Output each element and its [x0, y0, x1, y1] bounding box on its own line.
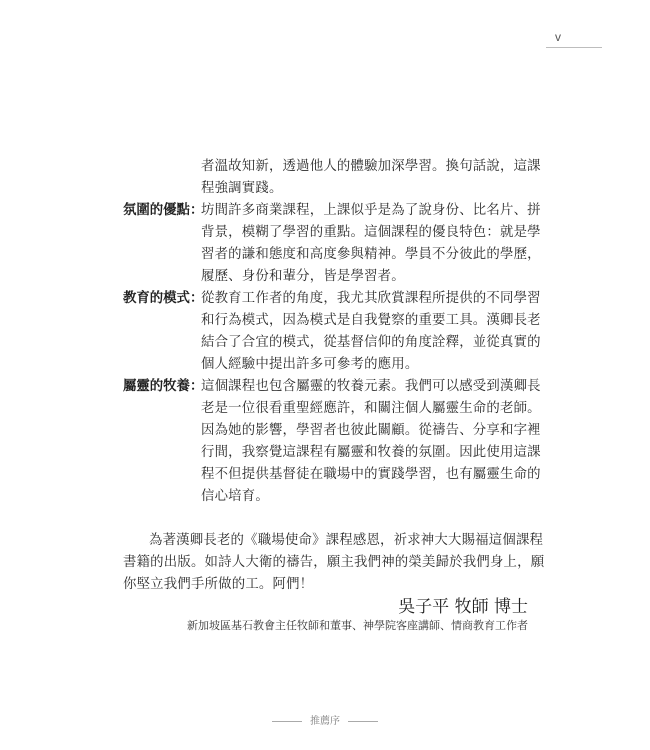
page-number-rule [546, 47, 602, 48]
closing-line: 為著漢卿長老的《職場使命》課程感恩，祈求神大大賜福這個課程 [149, 530, 543, 552]
body-line: 習者的謙和態度和高度參與精神。學員不分彼此的學歷， [201, 244, 541, 266]
body-line: 和行為模式，因為模式是自我覺察的重要工具。漢卿長老 [201, 310, 541, 332]
footer-rule-right [348, 721, 378, 722]
section-label-spiritual: 屬靈的牧養： [123, 376, 203, 398]
body-line: 信心培育。 [201, 486, 269, 508]
section-label-education: 教育的模式： [123, 288, 203, 310]
body-line: 者溫故知新，透過他人的體驗加深學習。換句話說，這課 [201, 156, 541, 178]
page-number: v [555, 30, 561, 44]
body-line: 背景，模糊了學習的重點。這個課程的優良特色：就是學 [201, 222, 541, 244]
body-line: 老是一位很看重聖經應許，和關注個人屬靈生命的老師。 [201, 398, 541, 420]
section-label-atmosphere: 氛圍的優點： [123, 200, 203, 222]
body-line: 坊間許多商業課程，上課似乎是為了說身份、比名片、拼 [201, 200, 541, 222]
body-line: 個人經驗中提出許多可參考的應用。 [201, 354, 418, 376]
closing-line: 書籍的出版。如詩人大衛的禱告，願主我們神的榮美歸於我們身上，願 [123, 552, 544, 574]
body-line: 因為她的影響，學習者也彼此關顧。從禱告、分享和字裡 [201, 420, 541, 442]
signature-title: 新加坡區基石教會主任牧師和董事、神學院客座講師、情商教育工作者 [187, 617, 528, 633]
body-line: 程不但提供基督徒在職場中的實踐學習，也有屬靈生命的 [201, 464, 541, 486]
footer-rule-left [272, 721, 302, 722]
body-line: 結合了合宜的模式，從基督信仰的角度詮釋，並從真實的 [201, 332, 541, 354]
body-line: 這個課程也包含屬靈的牧養元素。我們可以感受到漢卿長 [201, 376, 541, 398]
body-line: 履歷、身份和輩分，皆是學習者。 [201, 266, 405, 288]
footer: 推薦序 [0, 712, 650, 727]
body-line: 從教育工作者的角度，我尤其欣賞課程所提供的不同學習 [201, 288, 541, 310]
closing-line: 你堅立我們手所做的工。阿們！ [123, 574, 313, 596]
footer-label: 推薦序 [310, 716, 340, 727]
body-line: 程強調實踐。 [201, 178, 283, 200]
body-line: 行間，我察覺這課程有屬靈和牧養的氛圍。因此使用這課 [201, 442, 541, 464]
signature-name: 吳子平 牧師 博士 [398, 592, 528, 617]
